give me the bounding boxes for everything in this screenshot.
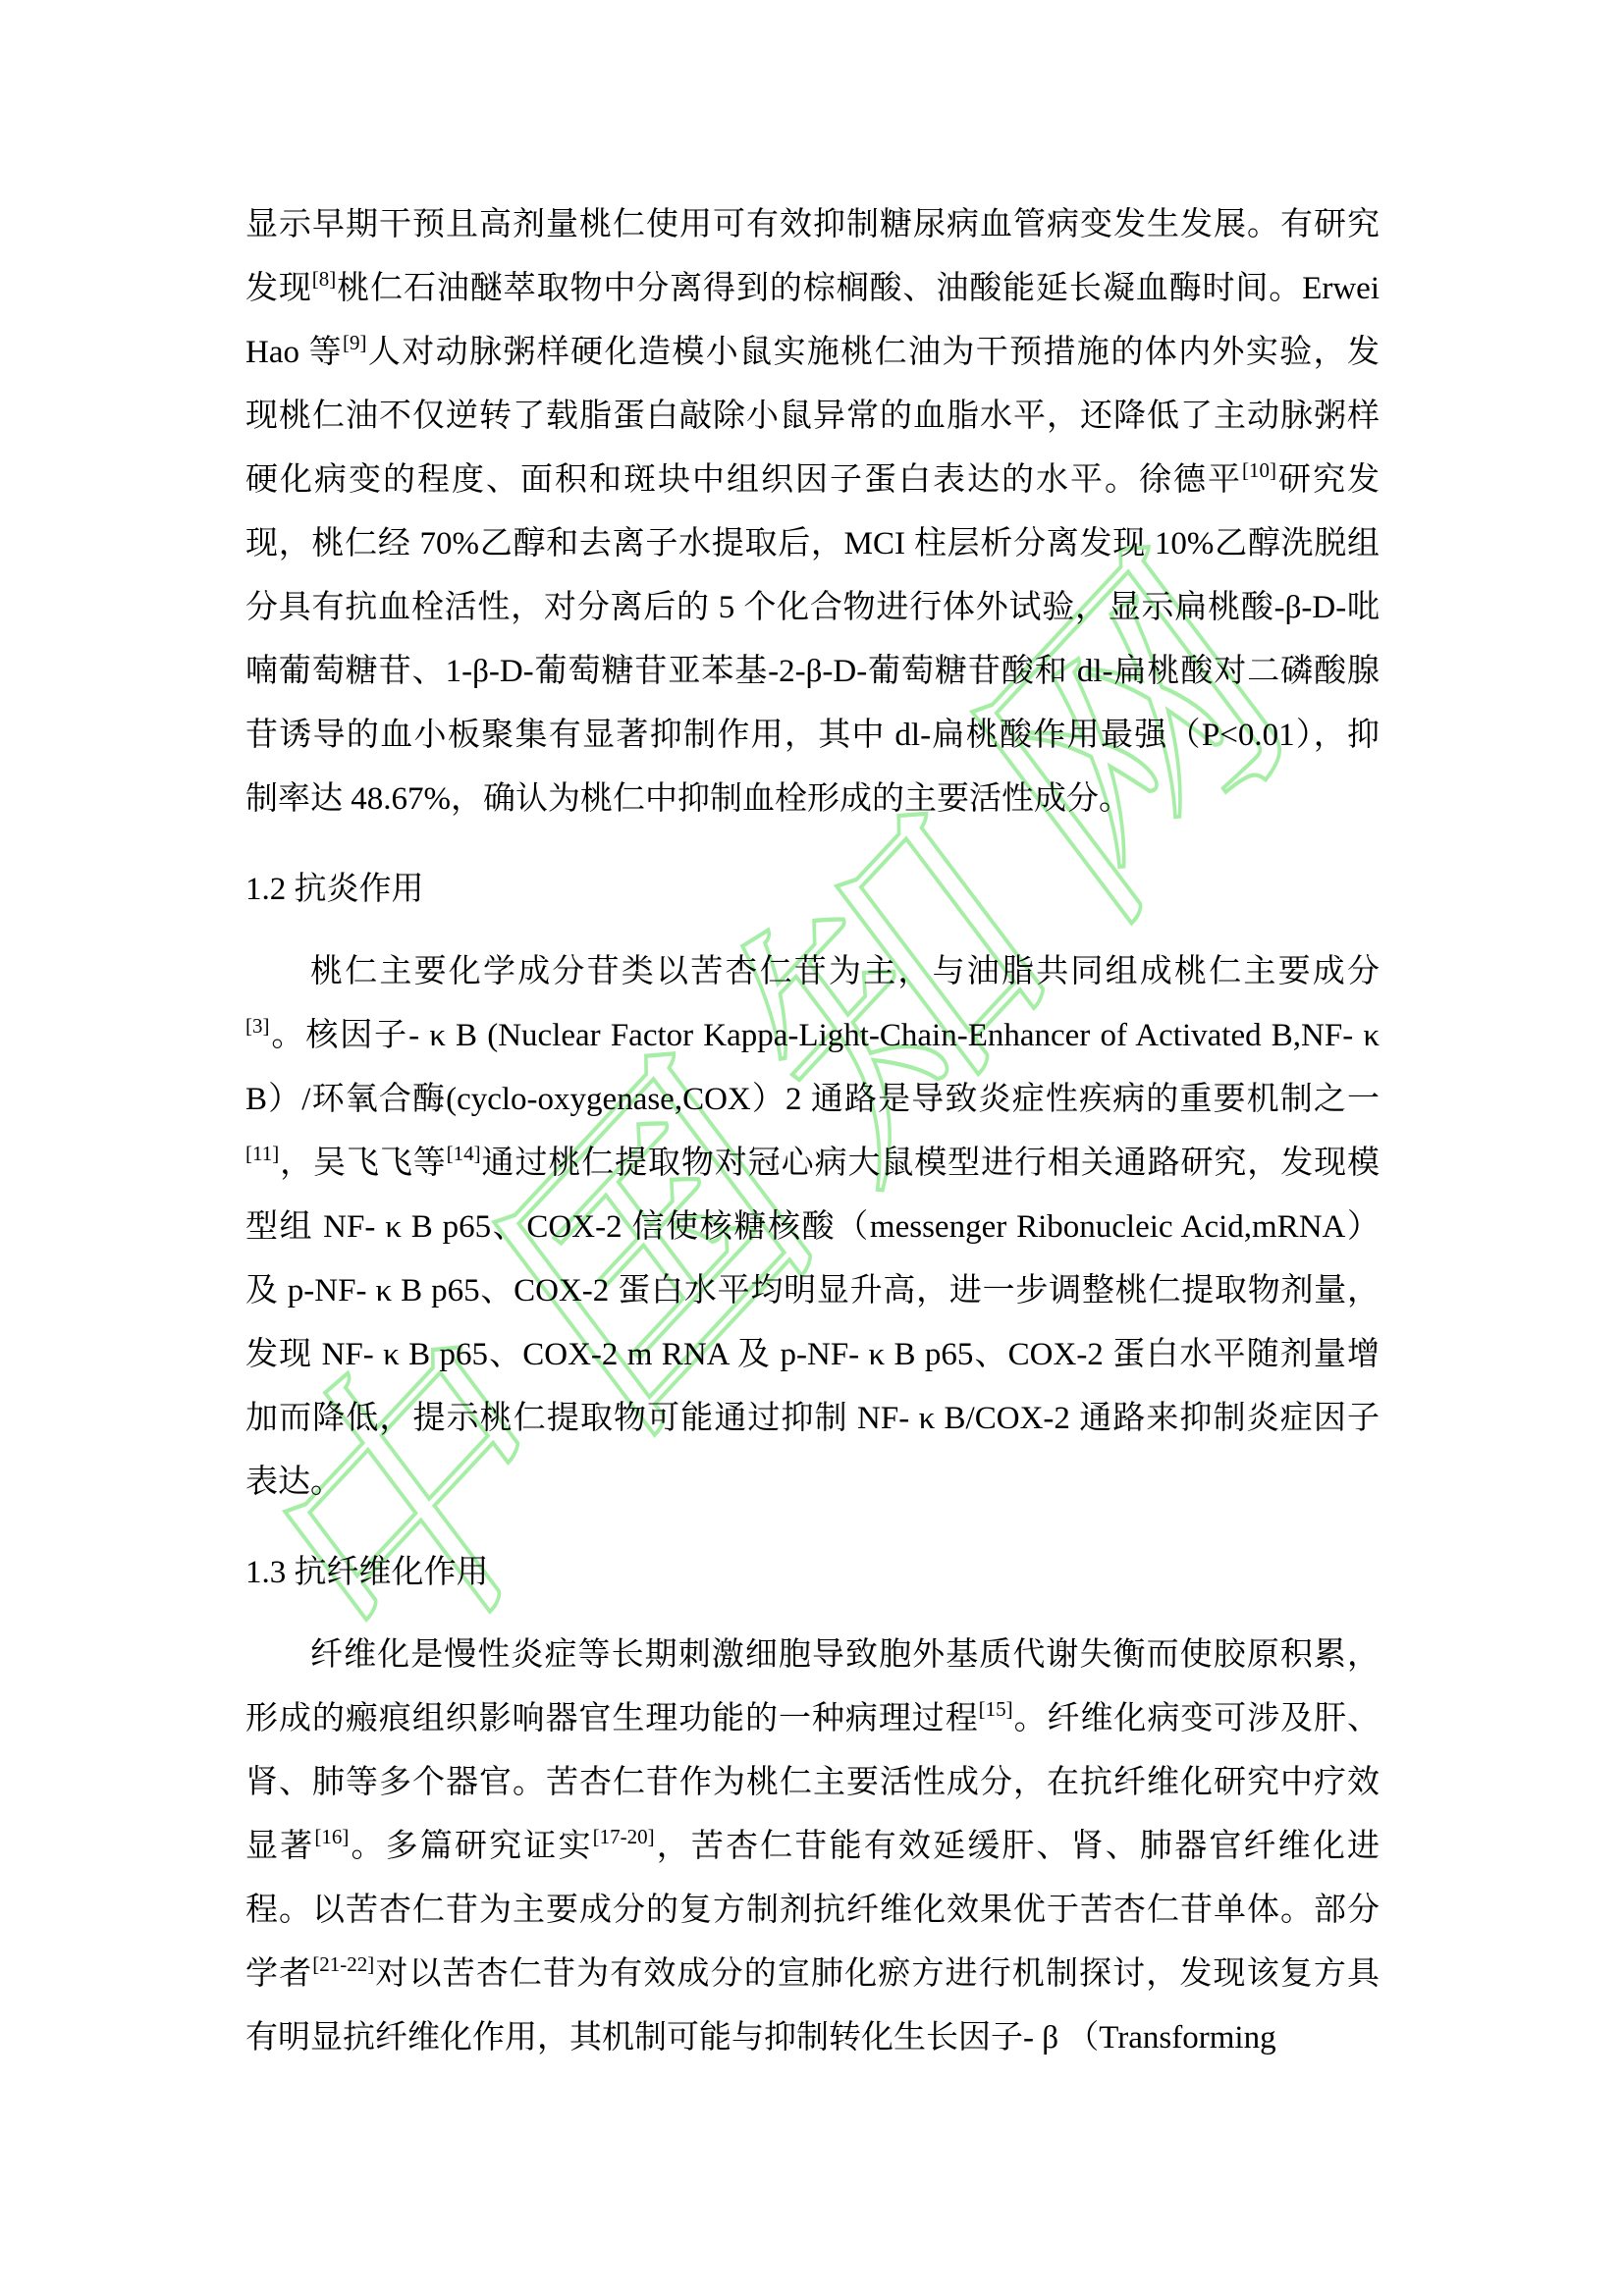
paragraph: 纤维化是慢性炎症等长期刺激细胞导致胞外基质代谢失衡而使胶原积累，形成的瘢痕组织影… [245, 1624, 1380, 2070]
paragraph: 桃仁主要化学成分苷类以苦杏仁苷为主，与油脂共同组成桃仁主要成分[3]。核因子- … [245, 940, 1380, 1515]
text-line: 肾、肺等多个器官。苦杏仁苷作为桃仁主要活性成分，在抗纤维化研究中疗效 [245, 1751, 1380, 1815]
citation-superscript: [8] [312, 267, 337, 291]
paragraph: 显示早期干预且高剂量桃仁使用可有效抑制糖尿病血管病变发生发展。有研究发现[8]桃… [245, 193, 1380, 831]
citation-superscript: [11] [245, 1142, 279, 1165]
text-line: 形成的瘢痕组织影响器官生理功能的一种病理过程[15]。纤维化病变可涉及肝、 [245, 1687, 1380, 1751]
text-line: 及 p-NF- κ B p65、COX-2 蛋白水平均明显升高，进一步调整桃仁提… [245, 1259, 1380, 1323]
document-page: 中国知网 显示早期干预且高剂量桃仁使用可有效抑制糖尿病血管病变发生发展。有研究发… [0, 0, 1624, 2296]
text-line: 分具有抗血栓活性，对分离后的 5 个化合物进行体外试验，显示扁桃酸-β-D-吡 [245, 576, 1380, 640]
citation-superscript: [9] [343, 331, 367, 354]
text-line: 学者[21-22]对以苦杏仁苷为有效成分的宣肺化瘀方进行机制探讨，发现该复方具 [245, 1943, 1380, 2006]
text-line: 制率达 48.67%，确认为桃仁中抑制血栓形成的主要活性成分。 [245, 768, 1380, 831]
text-line: 显著[16]。多篇研究证实[17-20]，苦杏仁苷能有效延缓肝、肾、肺器官纤维化… [245, 1815, 1380, 1879]
text-line: 加而降低，提示桃仁提取物可能通过抑制 NF- κ B/COX-2 通路来抑制炎症… [245, 1387, 1380, 1451]
text-line: 发现 NF- κ B p65、COX-2 m RNA 及 p-NF- κ B p… [245, 1323, 1380, 1387]
text-line: 苷诱导的血小板聚集有显著抑制作用，其中 dl-扁桃酸作用最强（P<0.01），抑 [245, 704, 1380, 768]
text-line: 纤维化是慢性炎症等长期刺激细胞导致胞外基质代谢失衡而使胶原积累， [245, 1624, 1380, 1687]
text-line: 显示早期干预且高剂量桃仁使用可有效抑制糖尿病血管病变发生发展。有研究 [245, 193, 1380, 257]
text-line: [11]，吴飞飞等[14]通过桃仁提取物对冠心病大鼠模型进行相关通路研究，发现模 [245, 1132, 1380, 1196]
text-line: 现，桃仁经 70%乙醇和去离子水提取后，MCI 柱层析分离发现 10%乙醇洗脱组 [245, 512, 1380, 576]
text-line: Hao 等[9]人对动脉粥样硬化造模小鼠实施桃仁油为干预措施的体内外实验，发 [245, 321, 1380, 385]
citation-superscript: [10] [1242, 458, 1276, 482]
text-line: 表达。 [245, 1451, 1380, 1515]
citation-superscript: [16] [314, 1825, 349, 1848]
text-line: 发现[8]桃仁石油醚萃取物中分离得到的棕榈酸、油酸能延长凝血酶时间。Erwei [245, 257, 1380, 321]
text-line: [3]。核因子- κ B (Nuclear Factor Kappa-Light… [245, 1004, 1380, 1068]
text-line: 硬化病变的程度、面积和斑块中组织因子蛋白表达的水平。徐德平[10]研究发 [245, 449, 1380, 512]
text-line: B）/环氧合酶(cyclo-oxygenase,COX）2 通路是导致炎症性疾病… [245, 1068, 1380, 1132]
document-content: 显示早期干预且高剂量桃仁使用可有效抑制糖尿病血管病变发生发展。有研究发现[8]桃… [245, 193, 1380, 2070]
text-line: 有明显抗纤维化作用，其机制可能与抑制转化生长因子- β （Transformin… [245, 2006, 1380, 2070]
section-heading: 1.3 抗纤维化作用 [245, 1541, 1380, 1605]
text-line: 喃葡萄糖苷、1-β-D-葡萄糖苷亚苯基-2-β-D-葡萄糖苷酸和 dl-扁桃酸对… [245, 640, 1380, 704]
text-line: 程。以苦杏仁苷为主要成分的复方制剂抗纤维化效果优于苦杏仁苷单体。部分 [245, 1879, 1380, 1943]
citation-superscript: [17-20] [593, 1825, 655, 1848]
text-line: 桃仁主要化学成分苷类以苦杏仁苷为主，与油脂共同组成桃仁主要成分 [245, 940, 1380, 1004]
citation-superscript: [21-22] [312, 1952, 374, 1976]
text-line: 现桃仁油不仅逆转了载脂蛋白敲除小鼠异常的血脂水平，还降低了主动脉粥样 [245, 385, 1380, 449]
section-heading: 1.2 抗炎作用 [245, 858, 1380, 922]
citation-superscript: [3] [245, 1014, 270, 1038]
citation-superscript: [14] [447, 1142, 481, 1165]
text-line: 型组 NF- κ B p65、COX-2 信使核糖核酸（messenger Ri… [245, 1196, 1380, 1259]
citation-superscript: [15] [979, 1697, 1013, 1721]
